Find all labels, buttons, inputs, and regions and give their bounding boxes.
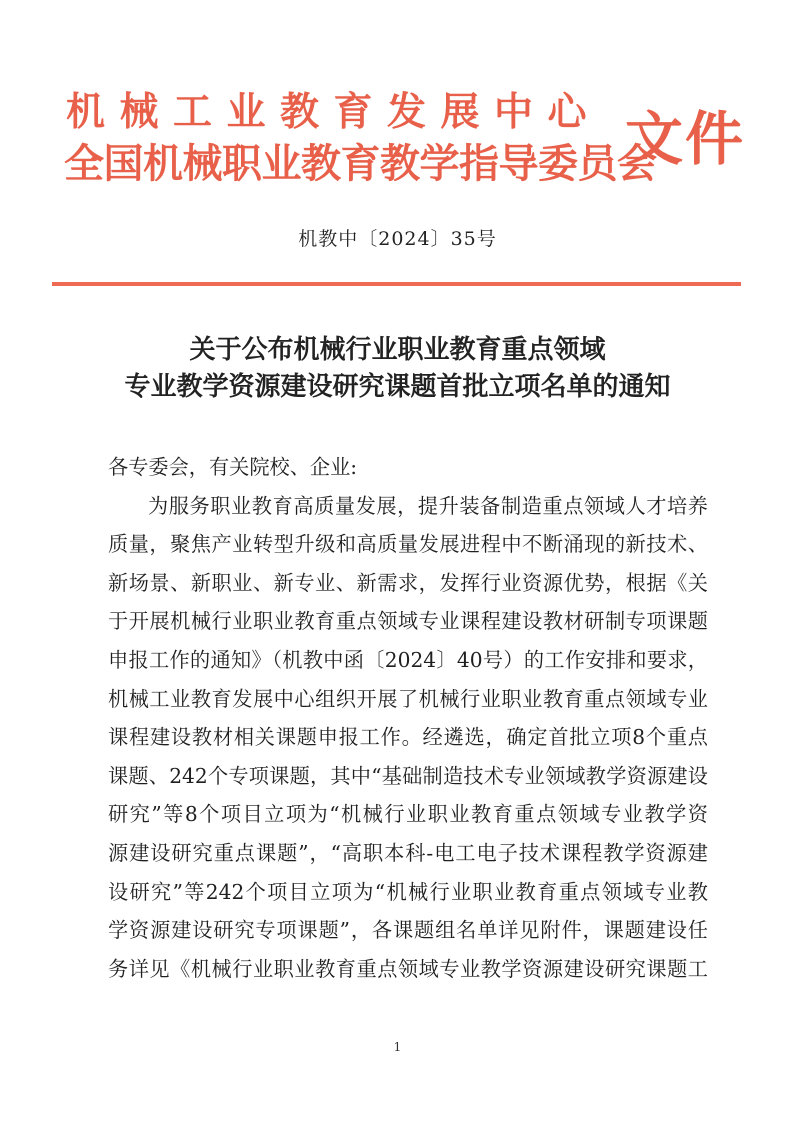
document-number: 机教中〔2024〕35号 xyxy=(0,224,795,251)
body-line: 设研究”等242个项目立项为“机械行业职业教育重点领域专业教 xyxy=(108,873,708,912)
body-line: 质量，聚焦产业转型升级和高质量发展进程中不断涌现的新技术、 xyxy=(108,525,708,564)
body-line: 务详见《机械行业职业教育重点领域专业教学资源建设研究课题工 xyxy=(108,950,708,989)
document-header: 机械工业教育发展中心 全国机械职业教育教学指导委员会 文件 xyxy=(60,88,740,198)
issuing-org-line-1: 机械工业教育发展中心 xyxy=(66,88,601,136)
body-line: 于开展机械行业职业教育重点领域专业课程建设教材研制专项课题 xyxy=(108,602,708,641)
notice-title-line-1: 关于公布机械行业职业教育重点领域 xyxy=(0,332,795,369)
notice-body: 各专委会，有关院校、企业: 为服务职业教育高质量发展，提升装备制造重点领域人才培… xyxy=(108,448,708,988)
body-line: 申报工作的通知》（机教中函〔2024〕40号）的工作安排和要求， xyxy=(108,641,708,680)
page-number: 1 xyxy=(0,1040,795,1054)
notice-title-line-2: 专业教学资源建设研究课题首批立项名单的通知 xyxy=(0,369,795,406)
document-type-label: 文件 xyxy=(625,104,745,174)
issuing-org-line-2: 全国机械职业教育教学指导委员会 xyxy=(64,140,657,188)
salutation: 各专委会，有关院校、企业: xyxy=(108,448,708,487)
body-line: 机械工业教育发展中心组织开展了机械行业职业教育重点领域专业 xyxy=(108,680,708,719)
body-line: 课题、242个专项课题，其中“基础制造技术专业领域教学资源建设 xyxy=(108,757,708,796)
body-paragraph: 为服务职业教育高质量发展，提升装备制造重点领域人才培养 质量，聚焦产业转型升级和… xyxy=(108,487,708,989)
body-line: 课程建设教材相关课题申报工作。经遴选，确定首批立项8个重点 xyxy=(108,718,708,757)
body-line: 为服务职业教育高质量发展，提升装备制造重点领域人才培养 xyxy=(108,487,708,526)
body-line: 研究”等8个项目立项为“机械行业职业教育重点领域专业教学资 xyxy=(108,795,708,834)
red-header-rule xyxy=(52,282,741,286)
body-line: 学资源建设研究专项课题”，各课题组名单详见附件，课题建设任 xyxy=(108,911,708,950)
body-line: 新场景、新职业、新专业、新需求，发挥行业资源优势，根据《关 xyxy=(108,564,708,603)
body-line: 源建设研究重点课题”，“高职本科-电工电子技术课程教学资源建 xyxy=(108,834,708,873)
notice-title: 关于公布机械行业职业教育重点领域 专业教学资源建设研究课题首批立项名单的通知 xyxy=(0,332,795,406)
